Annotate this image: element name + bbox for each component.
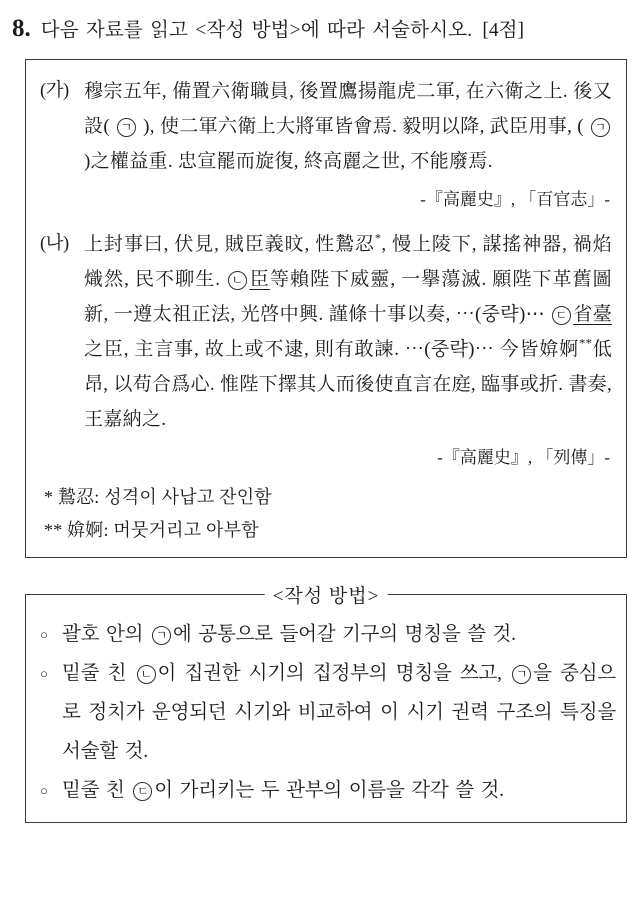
method-item-2: ○ 밑줄 친 ㄴ이 집권한 시기의 집정부의 명칭을 쓰고, ㄱ을 중심으로 정… — [38, 654, 616, 771]
bullet-circle-icon: ○ — [38, 615, 62, 654]
circled-marker: ㄴ — [228, 271, 247, 290]
method-box: <작성 방법> ○ 괄호 안의 ㄱ에 공통으로 들어갈 기구의 명칭을 쓸 것.… — [25, 594, 627, 823]
passage-ga: (가) 穆宗五年, 備置六衛職員, 後置鷹揚龍虎二軍, 在六衛之上. 後又設( … — [40, 74, 612, 179]
text-segment: ), 使二軍六衛上大將軍皆會焉. 毅明以降, 武臣用事, ( — [138, 116, 589, 137]
circled-marker: ㄷ — [133, 782, 152, 801]
text-segment: )之權益重. 忠宣罷而旋復, 終高麗之世, 不能廢焉. — [84, 151, 493, 172]
circled-marker: ㄴ — [137, 665, 156, 684]
method-item-1: ○ 괄호 안의 ㄱ에 공통으로 들어갈 기구의 명칭을 쓸 것. — [38, 615, 616, 654]
footnote-2: ** 媕婀: 머뭇거리고 아부함 — [44, 514, 612, 547]
text-segment: 之臣, 主言事, 故上或不逮, 則有敢諫. ⋯(중략)⋯ 今皆媕婀 — [84, 339, 579, 360]
passage-ga-body: 穆宗五年, 備置六衛職員, 後置鷹揚龍虎二軍, 在六衛之上. 後又設( ㄱ ),… — [84, 74, 612, 179]
text-segment: 밑줄 친 — [62, 663, 135, 684]
source-box: (가) 穆宗五年, 備置六衛職員, 後置鷹揚龍虎二軍, 在六衛之上. 後又設( … — [25, 59, 627, 558]
circled-marker: ㄱ — [117, 118, 136, 137]
text-segment: 이 가리키는 두 관부의 이름을 각각 쓸 것. — [154, 780, 504, 801]
passage-ga-label: (가) — [40, 74, 84, 109]
question-prompt: 다음 자료를 읽고 <작성 방법>에 따라 서술하시오. — [41, 20, 473, 41]
bullet-circle-icon: ○ — [38, 654, 62, 693]
passage-na: (나) 上封事曰, 伏見, 賊臣義旼, 性鷙忍*, 慢上陵下, 謀搖神器, 禍焰… — [40, 227, 612, 437]
circled-marker: ㄱ — [591, 118, 610, 137]
question-prompt-wrap: 다음 자료를 읽고 <작성 방법>에 따라 서술하시오. [4점] — [41, 14, 524, 42]
method-item-3-text: 밑줄 친 ㄷ이 가리키는 두 관부의 이름을 각각 쓸 것. — [62, 771, 616, 810]
citation-ga: -『高麗史』, 「百官志」- — [40, 187, 610, 213]
method-item-3: ○ 밑줄 친 ㄷ이 가리키는 두 관부의 이름을 각각 쓸 것. — [38, 771, 616, 810]
passage-na-label: (나) — [40, 227, 84, 262]
question-points: [4점] — [482, 20, 524, 41]
circled-marker: ㄷ — [552, 306, 571, 325]
question-number: 8. — [12, 15, 31, 43]
method-item-2-text: 밑줄 친 ㄴ이 집권한 시기의 집정부의 명칭을 쓰고, ㄱ을 중심으로 정치가… — [62, 654, 616, 771]
passage-na-body: 上封事曰, 伏見, 賊臣義旼, 性鷙忍*, 慢上陵下, 謀搖神器, 禍焰熾然, … — [84, 227, 612, 437]
footnote-1: * 鷙忍: 성격이 사납고 잔인함 — [44, 481, 612, 514]
footnote-reference: ** — [579, 337, 592, 351]
text-segment: 이 집권한 시기의 집정부의 명칭을 쓰고, — [158, 663, 511, 684]
text-segment: 에 공통으로 들어갈 기구의 명칭을 쓸 것. — [173, 624, 516, 645]
bullet-circle-icon: ○ — [38, 771, 62, 810]
footnotes: * 鷙忍: 성격이 사납고 잔인함 ** 媕婀: 머뭇거리고 아부함 — [40, 481, 612, 547]
text-segment: 밑줄 친 — [62, 780, 131, 801]
citation-na: -『高麗史』, 「列傳」- — [40, 445, 610, 471]
method-box-title: <작성 방법> — [265, 581, 388, 608]
underlined-text: 臣 — [249, 269, 270, 290]
underlined-text: 省臺 — [573, 304, 612, 325]
text-segment: 괄호 안의 — [62, 624, 150, 645]
circled-marker: ㄱ — [512, 665, 531, 684]
text-segment: 上封事曰, 伏見, 賊臣義旼, 性鷙忍 — [84, 234, 375, 255]
circled-marker: ㄱ — [152, 626, 171, 645]
question-header: 8. 다음 자료를 읽고 <작성 방법>에 따라 서술하시오. [4점] — [0, 10, 640, 43]
method-item-1-text: 괄호 안의 ㄱ에 공통으로 들어갈 기구의 명칭을 쓸 것. — [62, 615, 616, 654]
exam-page: 8. 다음 자료를 읽고 <작성 방법>에 따라 서술하시오. [4점] (가)… — [0, 0, 640, 823]
